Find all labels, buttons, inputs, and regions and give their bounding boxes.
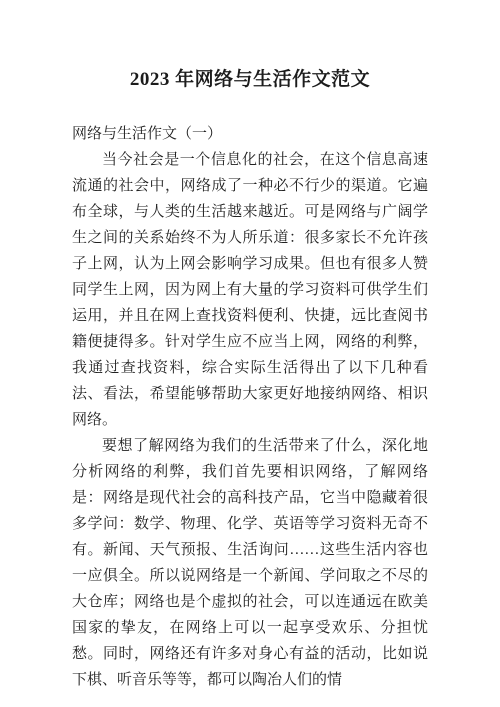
document-title: 2023 年网络与生活作文范文 [72, 66, 428, 93]
body-paragraph-2: 要想了解网络为我们的生活带来了什么，深化地分析网络的利弊，我们首先要相识网络，了… [72, 433, 428, 693]
body-paragraph-1: 当今社会是一个信息化的社会，在这个信息高速流通的社会中，网络成了一种必不行少的渠… [72, 147, 428, 433]
section-heading: 网络与生活作文（一） [72, 121, 428, 147]
document-page: 2023 年网络与生活作文范文 网络与生活作文（一） 当今社会是一个信息化的社会… [0, 0, 500, 707]
